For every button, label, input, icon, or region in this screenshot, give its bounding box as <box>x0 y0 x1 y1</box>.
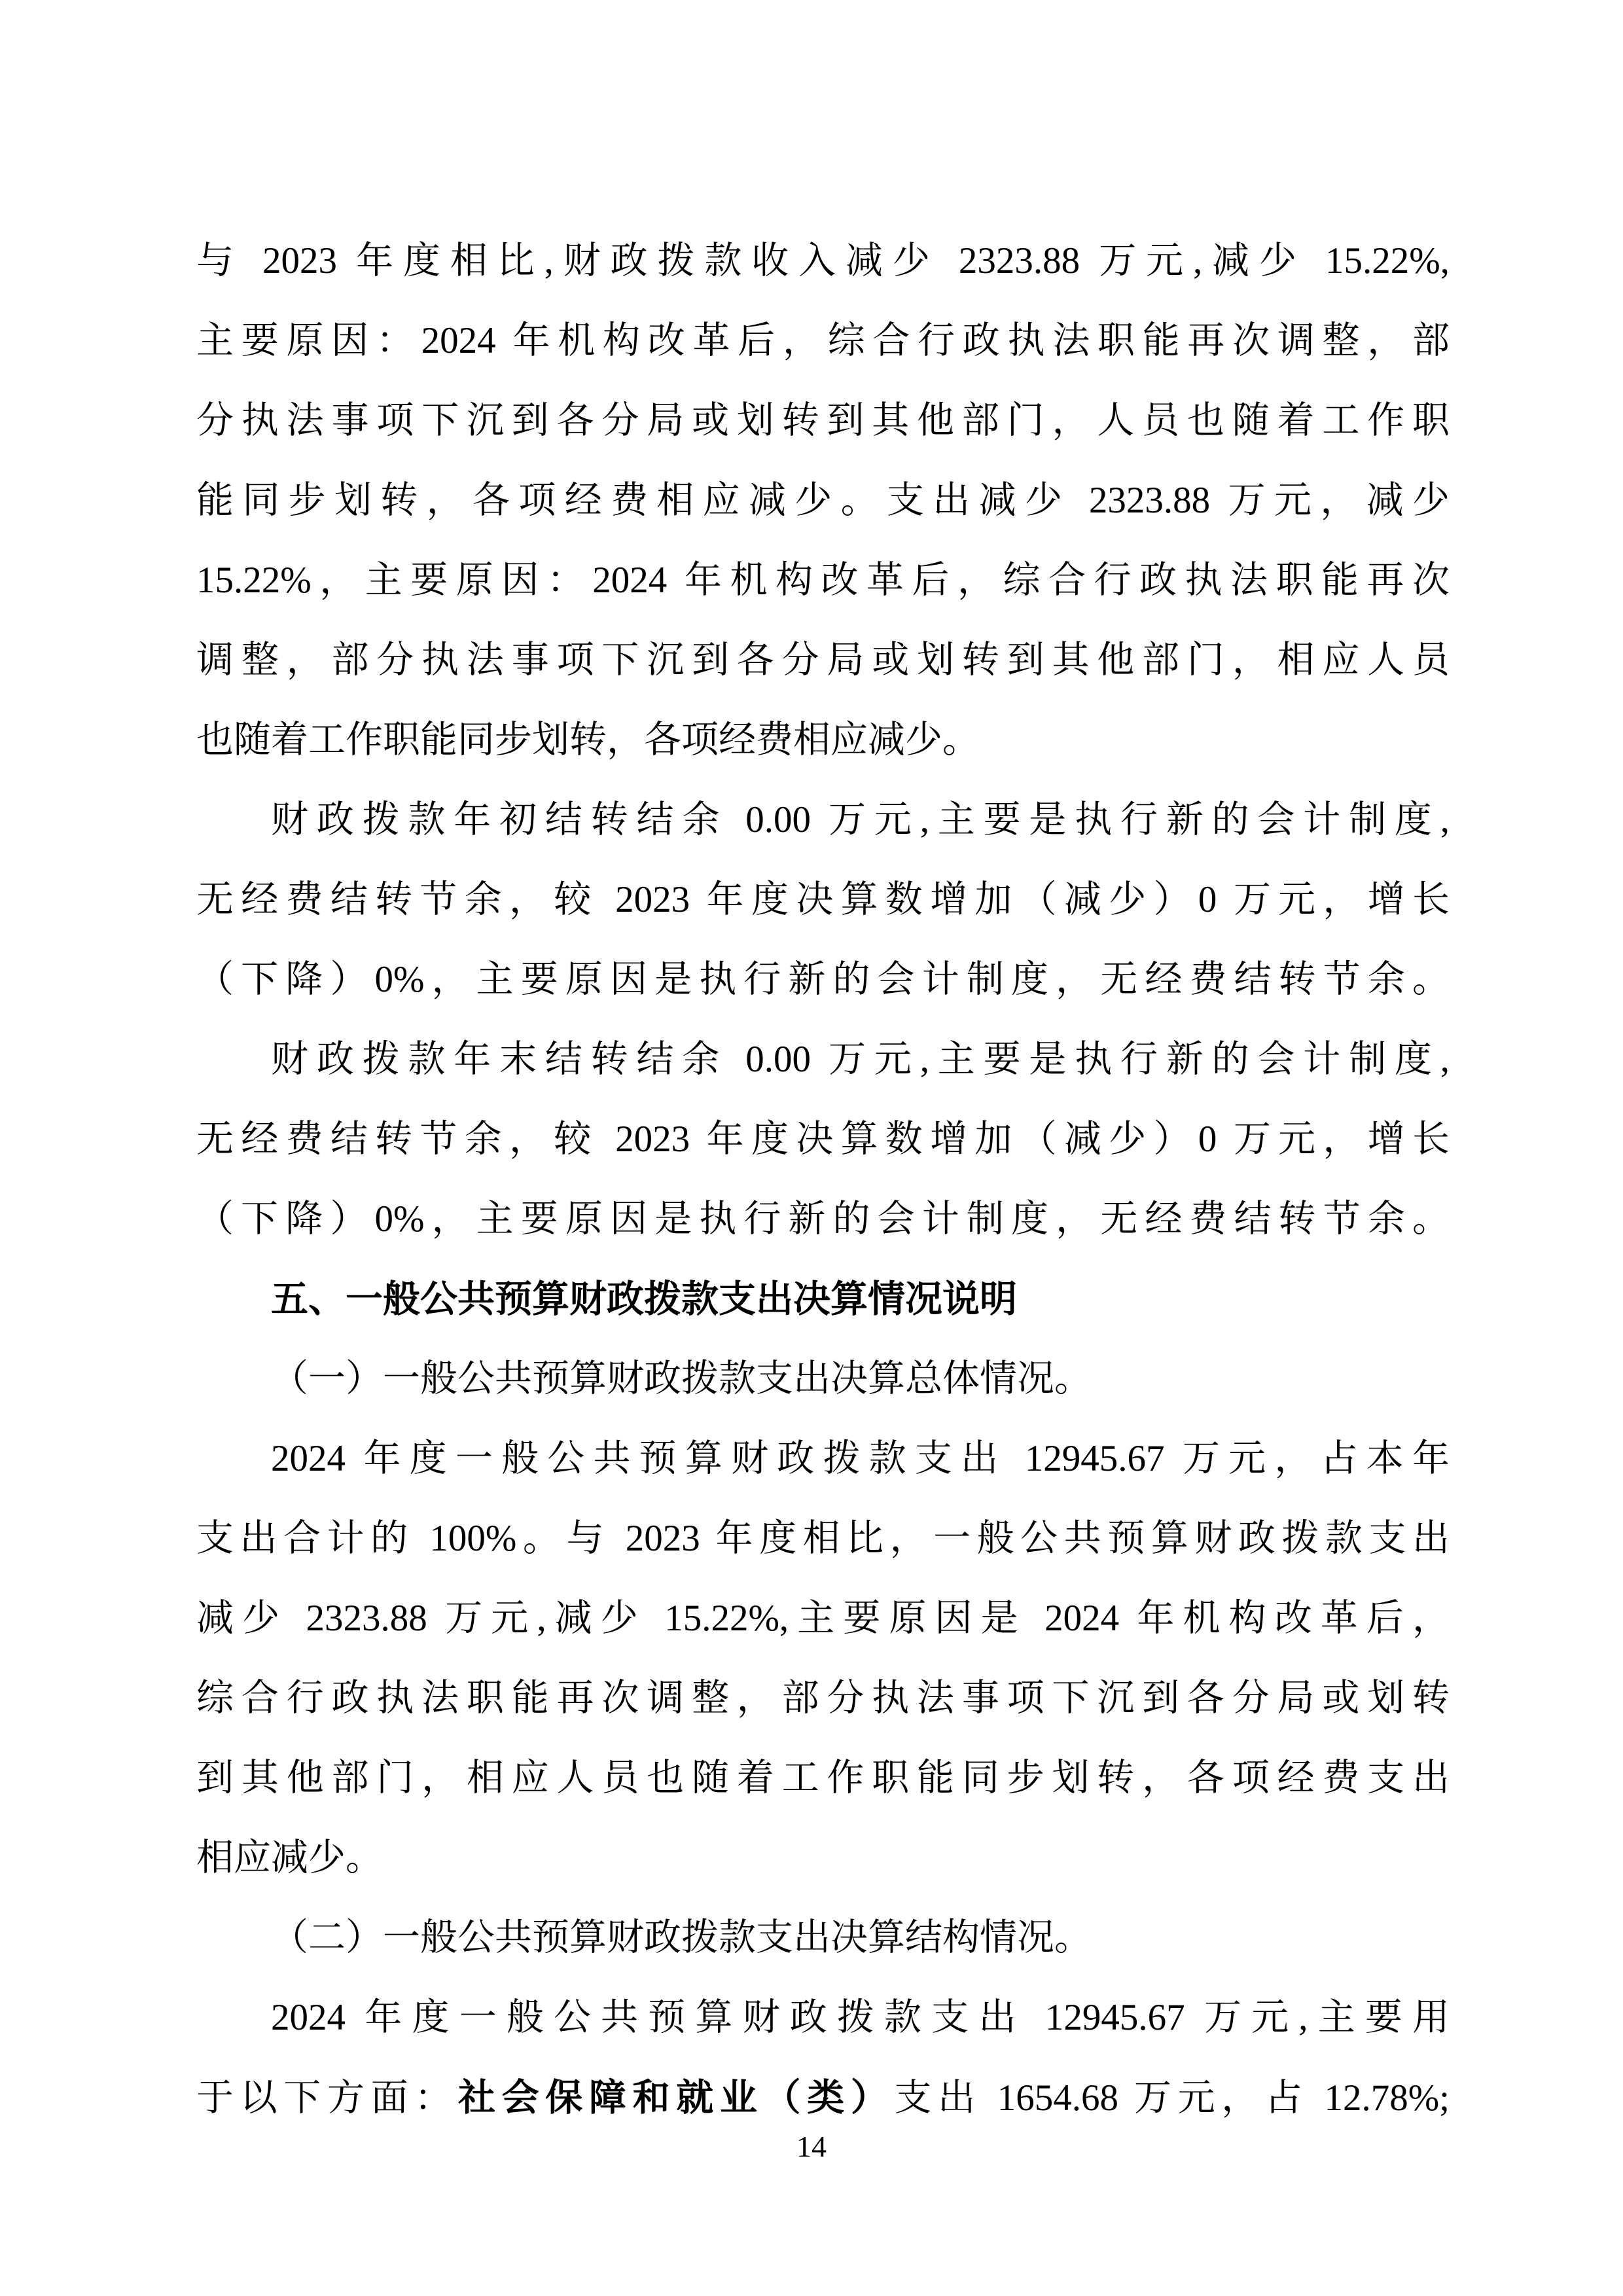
subsection-heading: （二）一般公共预算财政拨款支出决算结构情况。 <box>196 1898 1450 1978</box>
text-line: 调整，部分执法事项下沉到各分局或划转到其他部门，相应人员 <box>196 620 1450 700</box>
text-line: 15.22%，主要原因：2024 年机构改革后，综合行政执法职能再次 <box>196 541 1450 620</box>
text-line: （下降）0%，主要原因是执行新的会计制度，无经费结转节余。 <box>196 1179 1450 1259</box>
text-line: 综合行政执法职能再次调整，部分执法事项下沉到各分局或划转 <box>196 1659 1450 1738</box>
text-run: 于以下方面： <box>196 2077 458 2119</box>
text-line: 主要原因：2024 年机构改革后，综合行政执法职能再次调整，部 <box>196 301 1450 381</box>
text-line: 也随着工作职能同步划转，各项经费相应减少。 <box>196 700 1450 780</box>
text-line: 减少 2323.88 万元,减少 15.22%,主要原因是 2024 年机构改革… <box>196 1579 1450 1659</box>
text-line: 财政拨款年初结转结余 0.00 万元,主要是执行新的会计制度, <box>196 780 1450 860</box>
document-page: 与 2023 年度相比,财政拨款收入减少 2323.88 万元,减少 15.22… <box>0 0 1623 2296</box>
section-heading: 五、一般公共预算财政拨款支出决算情况说明 <box>196 1259 1450 1339</box>
text-line: 无经费结转节余，较 2023 年度决算数增加（减少）0 万元，增长 <box>196 1100 1450 1179</box>
text-line: 支出合计的 100%。与 2023 年度相比，一般公共预算财政拨款支出 <box>196 1499 1450 1579</box>
text-line: 能同步划转，各项经费相应减少。支出减少 2323.88 万元，减少 <box>196 461 1450 541</box>
text-line: 2024 年度一般公共预算财政拨款支出 12945.67 万元,主要用 <box>196 1978 1450 2058</box>
text-line: 与 2023 年度相比,财政拨款收入减少 2323.88 万元,减少 15.22… <box>196 221 1450 301</box>
text-line: 2024 年度一般公共预算财政拨款支出 12945.67 万元，占本年 <box>196 1419 1450 1499</box>
text-line: 到其他部门，相应人员也随着工作职能同步划转，各项经费支出 <box>196 1738 1450 1818</box>
text-line: （下降）0%，主要原因是执行新的会计制度，无经费结转节余。 <box>196 940 1450 1020</box>
page-number: 14 <box>0 2127 1623 2166</box>
text-line: 无经费结转节余，较 2023 年度决算数增加（减少）0 万元，增长 <box>196 860 1450 940</box>
text-line: 财政拨款年末结转结余 0.00 万元,主要是执行新的会计制度, <box>196 1020 1450 1100</box>
text-run: 支出 1654.68 万元，占 12.78%; <box>895 2077 1450 2119</box>
text-line: 分执法事项下沉到各分局或划转到其他部门，人员也随着工作职 <box>196 381 1450 461</box>
document-body: 与 2023 年度相比,财政拨款收入减少 2323.88 万元,减少 15.22… <box>196 221 1450 2138</box>
subsection-heading: （一）一般公共预算财政拨款支出决算总体情况。 <box>196 1339 1450 1419</box>
bold-text-run: 社会保障和就业（类） <box>458 2077 895 2119</box>
text-line: 于以下方面：社会保障和就业（类）支出 1654.68 万元，占 12.78%; <box>196 2058 1450 2138</box>
text-line: 相应减少。 <box>196 1818 1450 1898</box>
